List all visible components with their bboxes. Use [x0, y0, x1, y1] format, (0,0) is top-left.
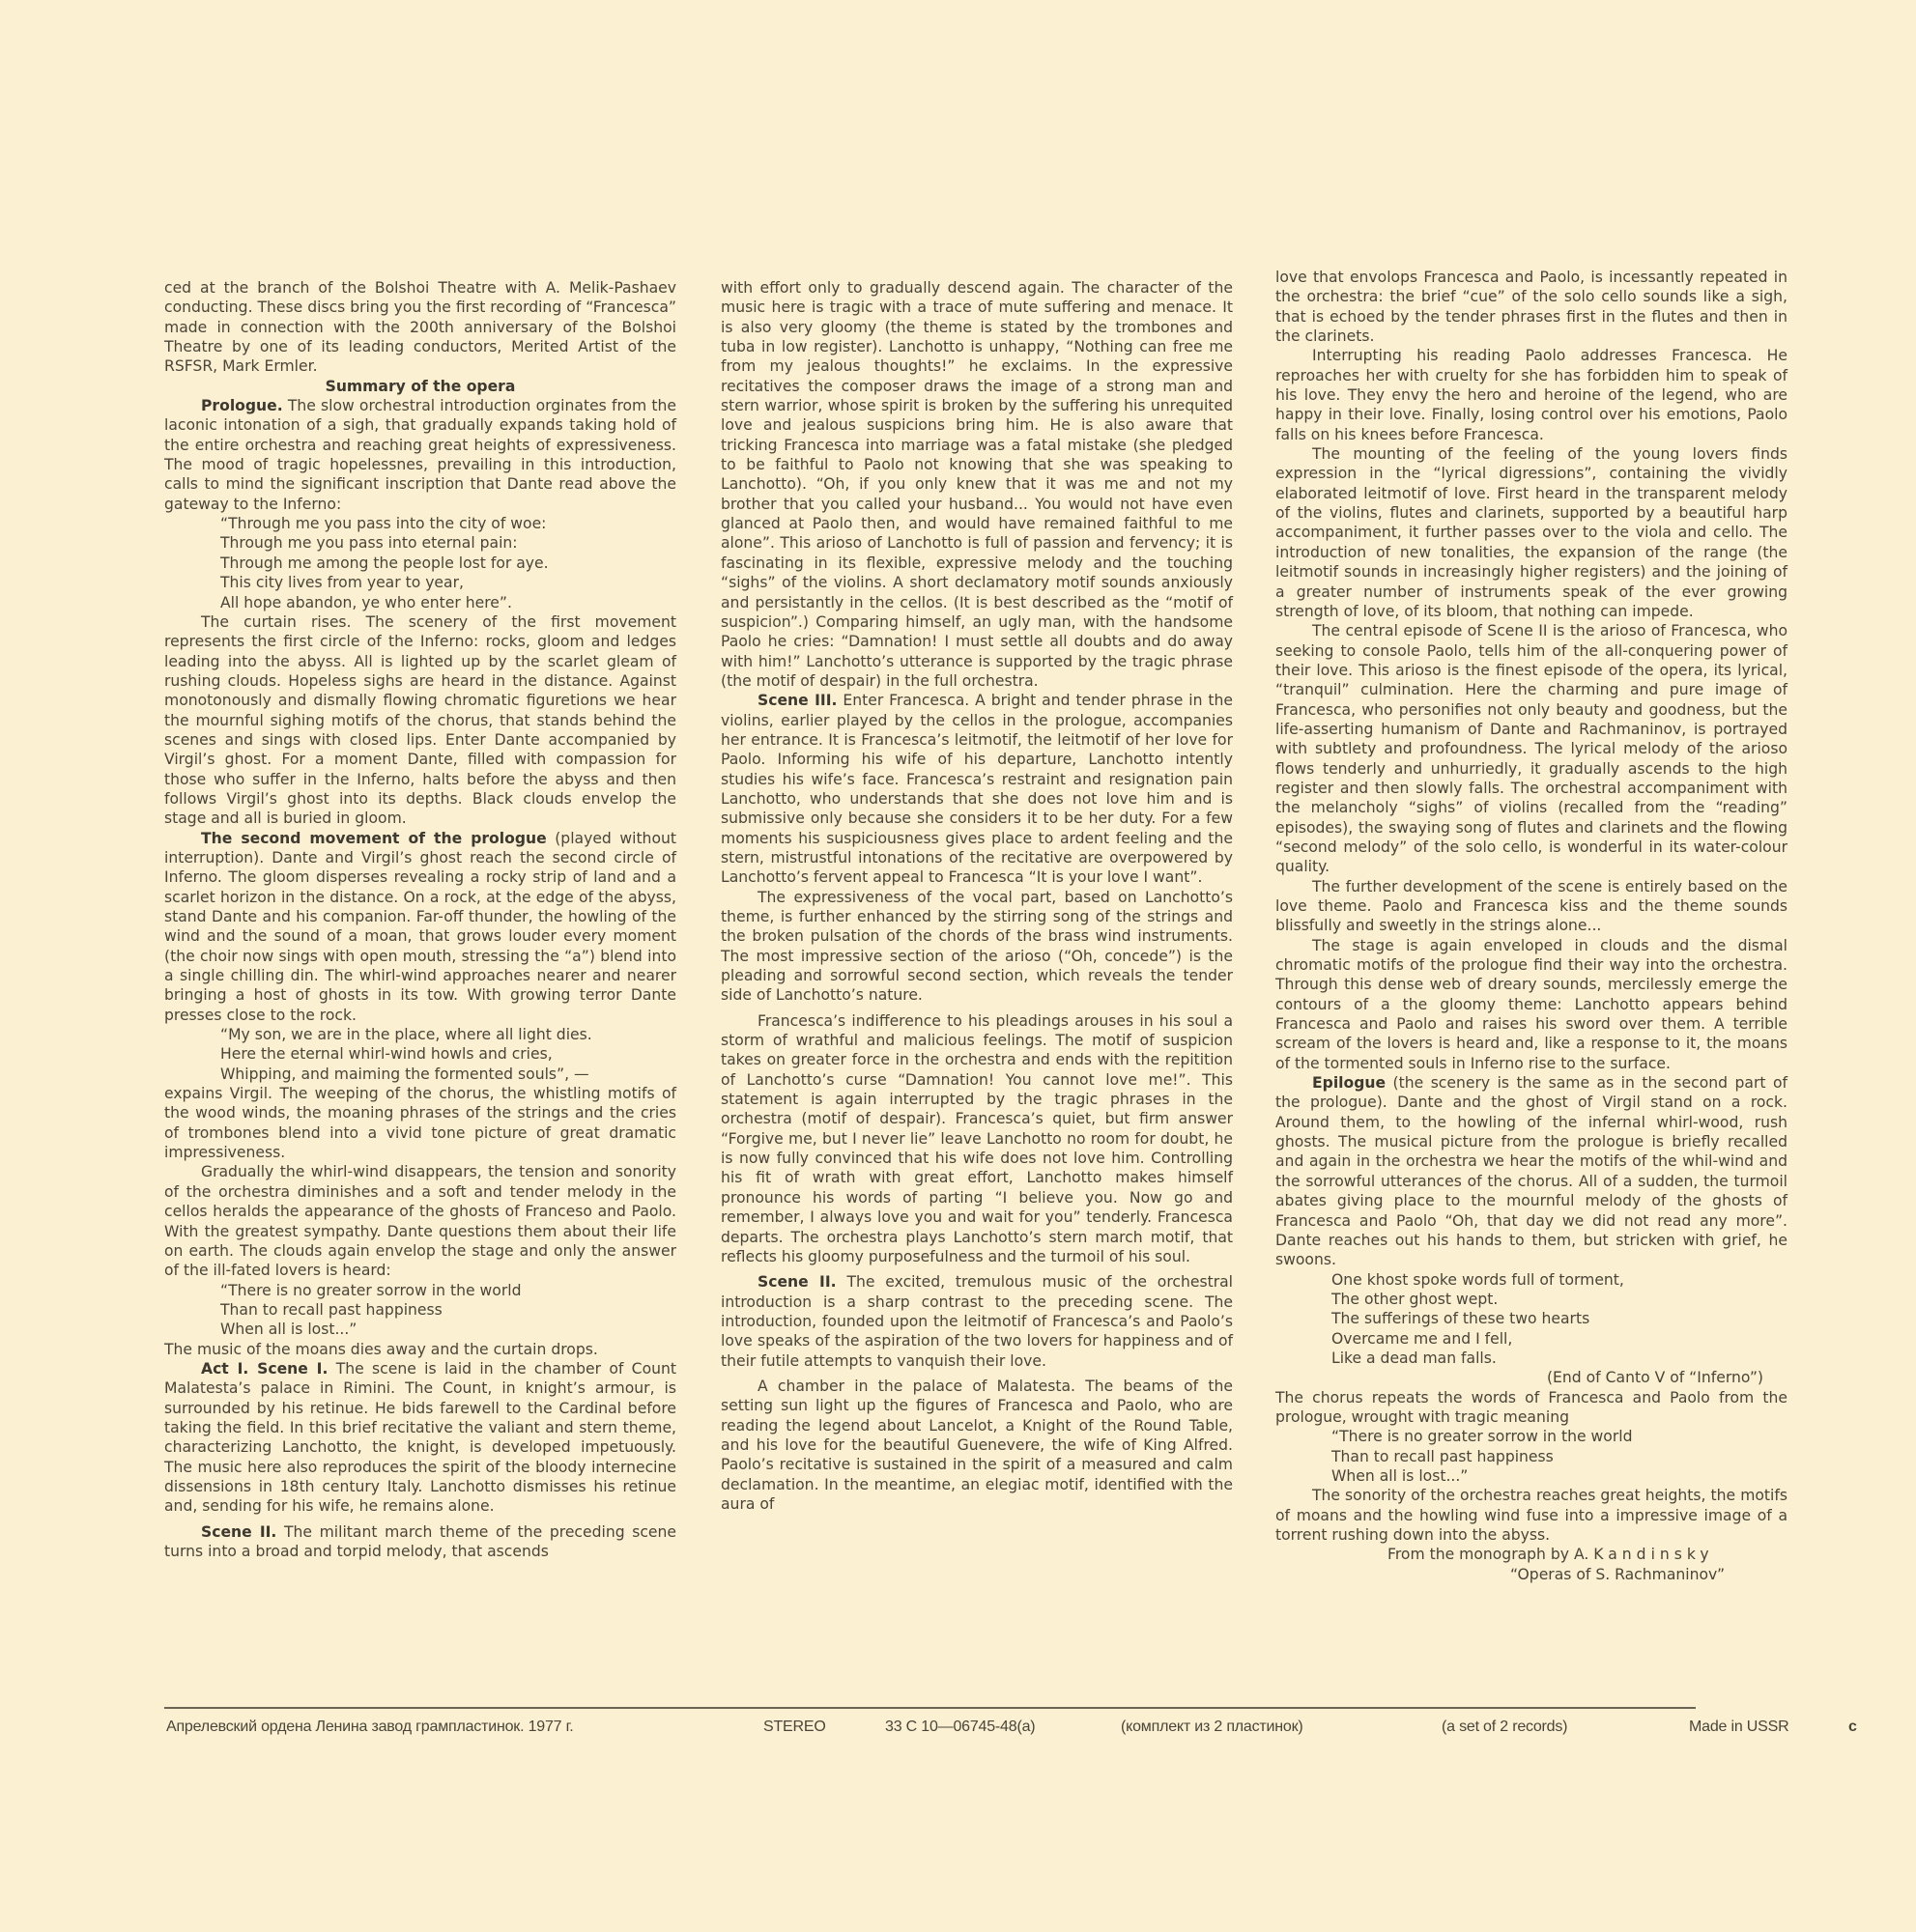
canto-attribution: (End of Canto V of “Inferno”)	[1275, 1368, 1787, 1387]
scene2b-paragraph: Scene II. The excited, tremulous music o…	[721, 1272, 1233, 1371]
footer-divider	[164, 1707, 1696, 1709]
moans-paragraph: The music of the moans dies away and the…	[164, 1340, 676, 1359]
scene2-label: Scene II.	[201, 1523, 276, 1541]
effort-paragraph: with effort only to gradually descend ag…	[721, 278, 1233, 691]
sonority-paragraph: The sonority of the orchestra reaches gr…	[1275, 1486, 1787, 1545]
stage-paragraph: The stage is again enveloped in clouds a…	[1275, 936, 1787, 1073]
verse-no-greater-sorrow: “There is no greater sorrow in the world…	[220, 1281, 676, 1340]
footer-set-russian: (комплект из 2 пластинок)	[1121, 1719, 1303, 1736]
act1-paragraph: Act I. Scene I. The scene is laid in the…	[164, 1359, 676, 1517]
footer-mark: c	[1848, 1719, 1857, 1736]
source-book-title: “Operas of S. Rachmaninov”	[1275, 1565, 1787, 1584]
second-movement-label: The second movement of the prologue	[201, 830, 547, 847]
expressiveness-paragraph: The expressiveness of the vocal part, ba…	[721, 888, 1233, 1006]
love-paragraph: love that envolops Francesca and Paolo, …	[1275, 268, 1787, 346]
verse-ghosts: One khost spoke words full of torment, T…	[1331, 1270, 1787, 1369]
footer-format: STEREO	[763, 1719, 826, 1736]
epilogue-label: Epilogue	[1312, 1074, 1386, 1092]
mounting-paragraph: The mounting of the feeling of the young…	[1275, 444, 1787, 621]
footer-set-english: (a set of 2 records)	[1442, 1719, 1567, 1736]
footer-catalog-number: 33 С 10—06745-48(а)	[885, 1719, 1035, 1736]
footer-origin: Made in USSR	[1689, 1719, 1788, 1736]
chorus-paragraph: The chorus repeats the words of Francesc…	[1275, 1388, 1787, 1428]
central-episode-paragraph: The central episode of Scene II is the a…	[1275, 621, 1787, 876]
indifference-paragraph: Francesca’s indifference to his pleading…	[721, 1011, 1233, 1266]
prologue-paragraph: Prologue. The slow orchestral introducti…	[164, 396, 676, 514]
interrupting-paragraph: Interrupting his reading Paolo addresses…	[1275, 346, 1787, 444]
scene2-paragraph: Scene II. The militant march theme of th…	[164, 1522, 676, 1562]
text-column-1: ced at the branch of the Bolshoi Theatre…	[164, 278, 676, 1561]
further-paragraph: The further development of the scene is …	[1275, 877, 1787, 936]
author-name: Kandinsky	[1593, 1546, 1713, 1563]
chamber-paragraph: A chamber in the palace of Malatesta. Th…	[721, 1377, 1233, 1514]
summary-heading: Summary of the opera	[164, 377, 676, 396]
intro-paragraph: ced at the branch of the Bolshoi Theatre…	[164, 278, 676, 377]
scene3-paragraph: Scene III. Enter Francesca. A bright and…	[721, 691, 1233, 887]
act1-label: Act I. Scene I.	[201, 1360, 328, 1378]
scene3-label: Scene III.	[758, 692, 837, 709]
epilogue-paragraph: Epilogue (the scenery is the same as in …	[1275, 1073, 1787, 1269]
source-credit: From the monograph by A. Kandinsky	[1275, 1545, 1787, 1564]
prologue-label: Prologue.	[201, 397, 283, 414]
text-column-2: with effort only to gradually descend ag…	[721, 278, 1233, 1514]
second-movement-paragraph: The second movement of the prologue (pla…	[164, 829, 676, 1025]
verse-inferno-gate: “Through me you pass into the city of wo…	[220, 514, 676, 612]
footer-publisher: Апрелевский ордена Ленина завод грамплас…	[166, 1719, 574, 1736]
scene2b-label: Scene II.	[758, 1273, 837, 1291]
verse-no-greater-sorrow-reprise: “There is no greater sorrow in the world…	[1331, 1427, 1787, 1486]
gradually-paragraph: Gradually the whirl-wind disappears, the…	[164, 1162, 676, 1280]
virgil-paragraph: expains Virgil. The weeping of the choru…	[164, 1084, 676, 1162]
verse-virgil: “My son, we are in the place, where all …	[220, 1025, 676, 1084]
text-column-3: love that envolops Francesca and Paolo, …	[1275, 268, 1787, 1584]
curtain-paragraph: The curtain rises. The scenery of the fi…	[164, 612, 676, 829]
